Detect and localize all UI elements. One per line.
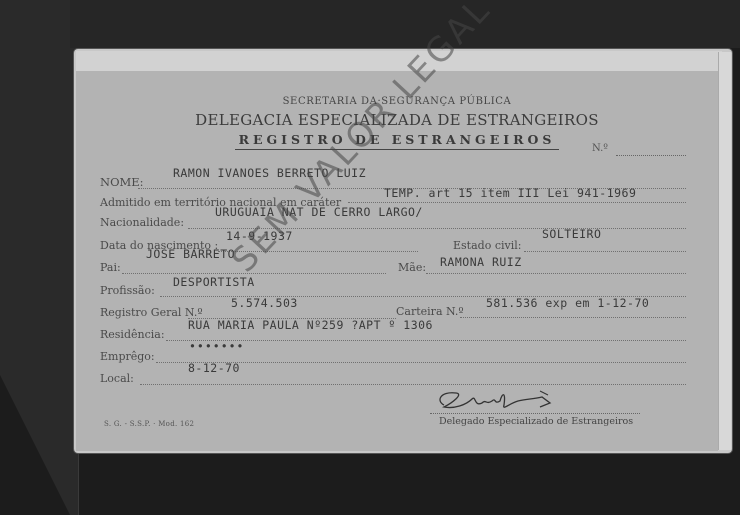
header-registro: REGISTRO DE ESTRANGEIROS (76, 132, 718, 150)
mae-label: Mãe: (398, 261, 426, 274)
pai-value: JOSE BARRETO (146, 247, 235, 261)
estado-civil-label: Estado civil: (453, 239, 521, 252)
card-right-rim (718, 52, 731, 450)
mae-line (426, 273, 686, 274)
residencia-value: RUA MARIA PAULA Nº259 ?APT º 1306 (188, 318, 433, 332)
form-model-number: S. G. - S.S.P. · Mod. 162 (104, 420, 194, 428)
header-registro-text: REGISTRO DE ESTRANGEIROS (235, 132, 560, 150)
emprego-label: Emprêgo: (100, 350, 155, 363)
numero-label: N.º (592, 143, 608, 154)
local-value: 8-12-70 (188, 361, 240, 375)
numero-line (616, 155, 686, 156)
estado-civil-line (524, 251, 686, 252)
nome-label: NOME: (100, 175, 144, 189)
emprego-value: ••••••• (189, 339, 244, 353)
pai-label: Pai: (100, 261, 121, 274)
profissao-value: DESPORTISTA (173, 275, 255, 289)
local-line (140, 384, 686, 385)
mae-value: RAMONA RUIZ (440, 255, 522, 269)
estado-civil-value: SOLTEIRO (542, 227, 601, 241)
signature-caption: Delegado Especializado de Estrangeiros (439, 416, 633, 427)
admitido-value: TEMP. art 15 item III Lei 941-1969 (384, 186, 636, 200)
registro-geral-value: 5.574.503 (231, 296, 298, 310)
folder-top-edge (70, 0, 740, 48)
folder-left-edge (0, 0, 79, 515)
profissao-label: Profissão: (100, 284, 155, 297)
signature-icon (430, 383, 570, 415)
carteira-value: 581.536 exp em 1-12-70 (486, 296, 649, 310)
carteira-label: Carteira N.º (396, 305, 464, 318)
residencia-label: Residência: (100, 328, 165, 341)
signature-line (430, 413, 640, 414)
nacionalidade-label: Nacionalidade: (100, 216, 184, 229)
admitido-line (348, 202, 686, 203)
carteira-line (460, 317, 686, 318)
local-label: Local: (100, 372, 134, 385)
registration-card: SECRETARIA DA·SEGURANÇA PÚBLICA DELEGACI… (76, 71, 718, 451)
